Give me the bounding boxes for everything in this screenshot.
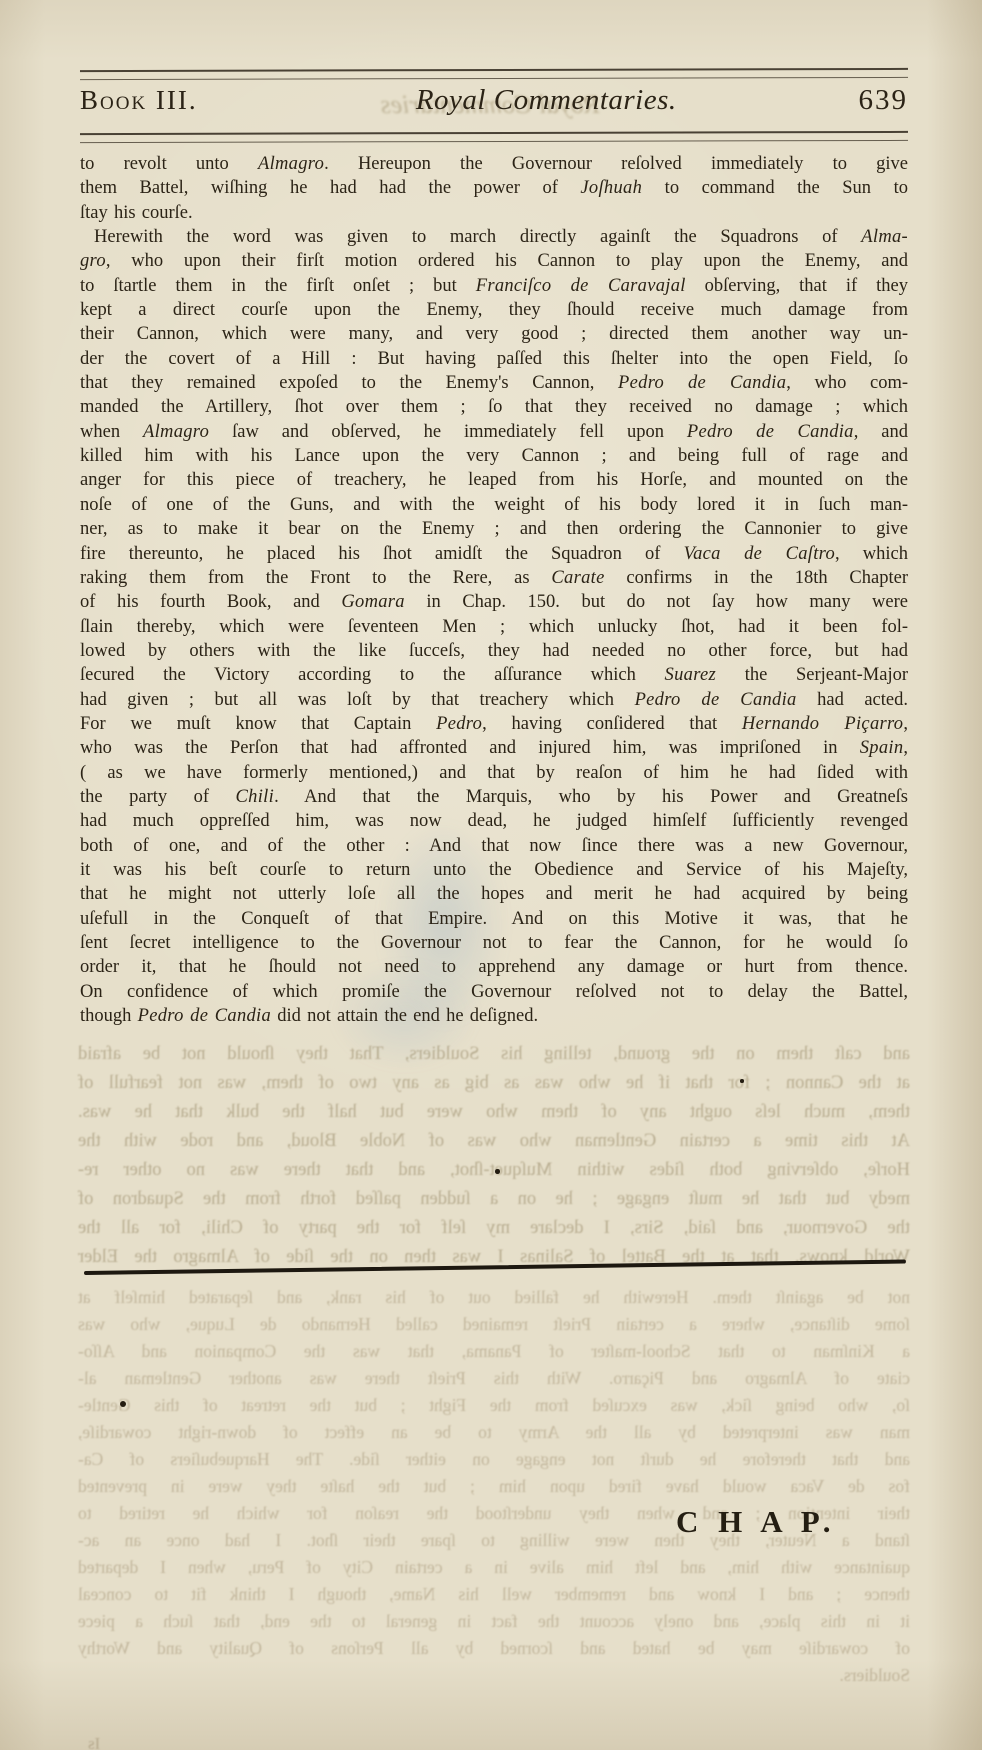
- text-line: uſefull in the Conqueſt of that Empire. …: [80, 907, 908, 931]
- book-page: Royal Commentaries Book III. Royal Comme…: [0, 0, 982, 1750]
- bleedthrough-line: of cowardiſe may be hated and ſcorned by…: [78, 1635, 910, 1662]
- bleedthrough-line: ſome diſtance, where a certain Prieſt re…: [78, 1311, 910, 1338]
- bleedthrough-line: fos de Vaca would have fired upon him ; …: [78, 1473, 910, 1500]
- text-line: ſent ſecret intelligence to the Governou…: [80, 931, 908, 955]
- text-line: ( as we have formerly mentioned,) and th…: [80, 761, 908, 785]
- signature-mark-bleedthrough: Is: [88, 1734, 100, 1750]
- bleedthrough-line: a Kinſman to that School-maſter of Panam…: [78, 1338, 910, 1365]
- text-line: noſe of one of the Guns, and with the we…: [80, 493, 908, 517]
- bleedthrough-line: at the Cannon ; for that if he who was a…: [78, 1069, 910, 1098]
- page-number: 639: [859, 84, 909, 117]
- text-line: ſecured the Victory according to the aſſ…: [80, 663, 908, 687]
- text-line: order it, that he ſhould not need to app…: [80, 955, 908, 979]
- ink-spot: [740, 1079, 744, 1083]
- bleedthrough-line: quaintance with him, and left him alive …: [78, 1554, 910, 1581]
- text-line: both of one, and of the other : And that…: [80, 834, 908, 858]
- text-line: For we muſt know that Captain Pedro, hav…: [80, 712, 908, 736]
- bleedthrough-line: Souldiers.: [78, 1662, 910, 1689]
- text-line: kept a direct courſe upon the Enemy, the…: [80, 298, 908, 322]
- bleedthrough-line: and caſt them on the ground, telling his…: [78, 1040, 910, 1069]
- text-line: it was his beſt courſe to return unto th…: [80, 858, 908, 882]
- text-line: ſlain thereby, which were ſeventeen Men …: [80, 615, 908, 639]
- text-line: to ſtartle them in the firſt onſet ; but…: [80, 274, 908, 298]
- bleedthrough-line: thence ; and I know and remember well hi…: [78, 1581, 910, 1608]
- running-title: Royal Commentaries.: [272, 84, 821, 117]
- text-line: of his fourth Book, and Gomara in Chap. …: [80, 590, 908, 614]
- text-line: fire thereunto, he placed his ſhot amidſ…: [80, 542, 908, 566]
- ink-spot: [495, 1169, 500, 1174]
- text-line: anger for this piece of treachery, he le…: [80, 468, 908, 492]
- text-line: ſtay his courſe.: [80, 201, 908, 225]
- header-divider-rule: [80, 131, 908, 143]
- bleedthrough-line: man was interpreted by all the Army to b…: [78, 1419, 910, 1446]
- text-line: when Almagro ſaw and obſerved, he immedi…: [80, 420, 908, 444]
- bleedthrough-line: At this time a certain Gentleman who was…: [78, 1127, 910, 1156]
- bleedthrough-line: ciate of Almagro and Piçarro. With this …: [78, 1365, 910, 1392]
- text-line: der the covert of a Hill : But having pa…: [80, 347, 908, 371]
- text-line: gro, who upon their firſt motion ordered…: [80, 249, 908, 273]
- body-text: to revolt unto Almagro. Hereupon the Gov…: [80, 152, 908, 1028]
- bleedthrough-line: them, much leſs ought any of them who we…: [78, 1098, 910, 1127]
- top-divider-rule: [80, 68, 908, 80]
- text-line: raking them from the Front to the Rere, …: [80, 566, 908, 590]
- text-line: had given ; but all was loſt by that tre…: [80, 688, 908, 712]
- bleedthrough-line: the Governour, and ſaid, Sirs, I declare…: [78, 1214, 910, 1243]
- text-line: ner, as to make it bear on the Enemy ; a…: [80, 517, 908, 541]
- text-line: that they remained expoſed to the Enemy'…: [80, 371, 908, 395]
- ink-spot: [120, 1401, 126, 1407]
- text-line: On confidence of which promiſe the Gover…: [80, 980, 908, 1004]
- text-line: killed him with his Lance upon the very …: [80, 444, 908, 468]
- text-line: though Pedro de Candia did not attain th…: [80, 1004, 908, 1028]
- text-line: to revolt unto Almagro. Hereupon the Gov…: [80, 152, 908, 176]
- bleedthrough-line: not be againſt them. Herewith he fallied…: [78, 1284, 910, 1311]
- bleedthrough-block-lower: not be againſt them. Herewith he fallied…: [78, 1284, 910, 1689]
- text-line: lowed by others with the like ſucceſs, t…: [80, 639, 908, 663]
- text-line: Herewith the word was given to march dir…: [80, 225, 908, 249]
- bleedthrough-line: it in this place, and onely account the …: [78, 1608, 910, 1635]
- page-header: Book III. Royal Commentaries. 639: [80, 84, 908, 117]
- bleedthrough-line: medy but that he muſt engage ; he on a ſ…: [78, 1185, 910, 1214]
- bleedthrough-line: ſo, who being ſick, was excuſed from the…: [78, 1392, 910, 1419]
- bleedthrough-line: and that therefore he durſt not engage o…: [78, 1446, 910, 1473]
- bleedthrough-block-upper: and caſt them on the ground, telling his…: [78, 1040, 910, 1272]
- bleedthrough-line: Horſe, obſerving both ſides within Muſqu…: [78, 1156, 910, 1185]
- text-line: that he might not utterly loſe all the h…: [80, 882, 908, 906]
- text-line: who was the Perſon that had affronted an…: [80, 736, 908, 760]
- text-line: had much oppreſſed him, was now dead, he…: [80, 809, 908, 833]
- text-line: manded the Artillery, ſhot over them ; ſ…: [80, 395, 908, 419]
- catchword: C H A P.: [676, 1504, 837, 1540]
- text-line: them Battel, wiſhing he had had the powe…: [80, 176, 908, 200]
- text-line: their Cannon, which were many, and very …: [80, 322, 908, 346]
- text-line: the party of Chili. And that the Marquis…: [80, 785, 908, 809]
